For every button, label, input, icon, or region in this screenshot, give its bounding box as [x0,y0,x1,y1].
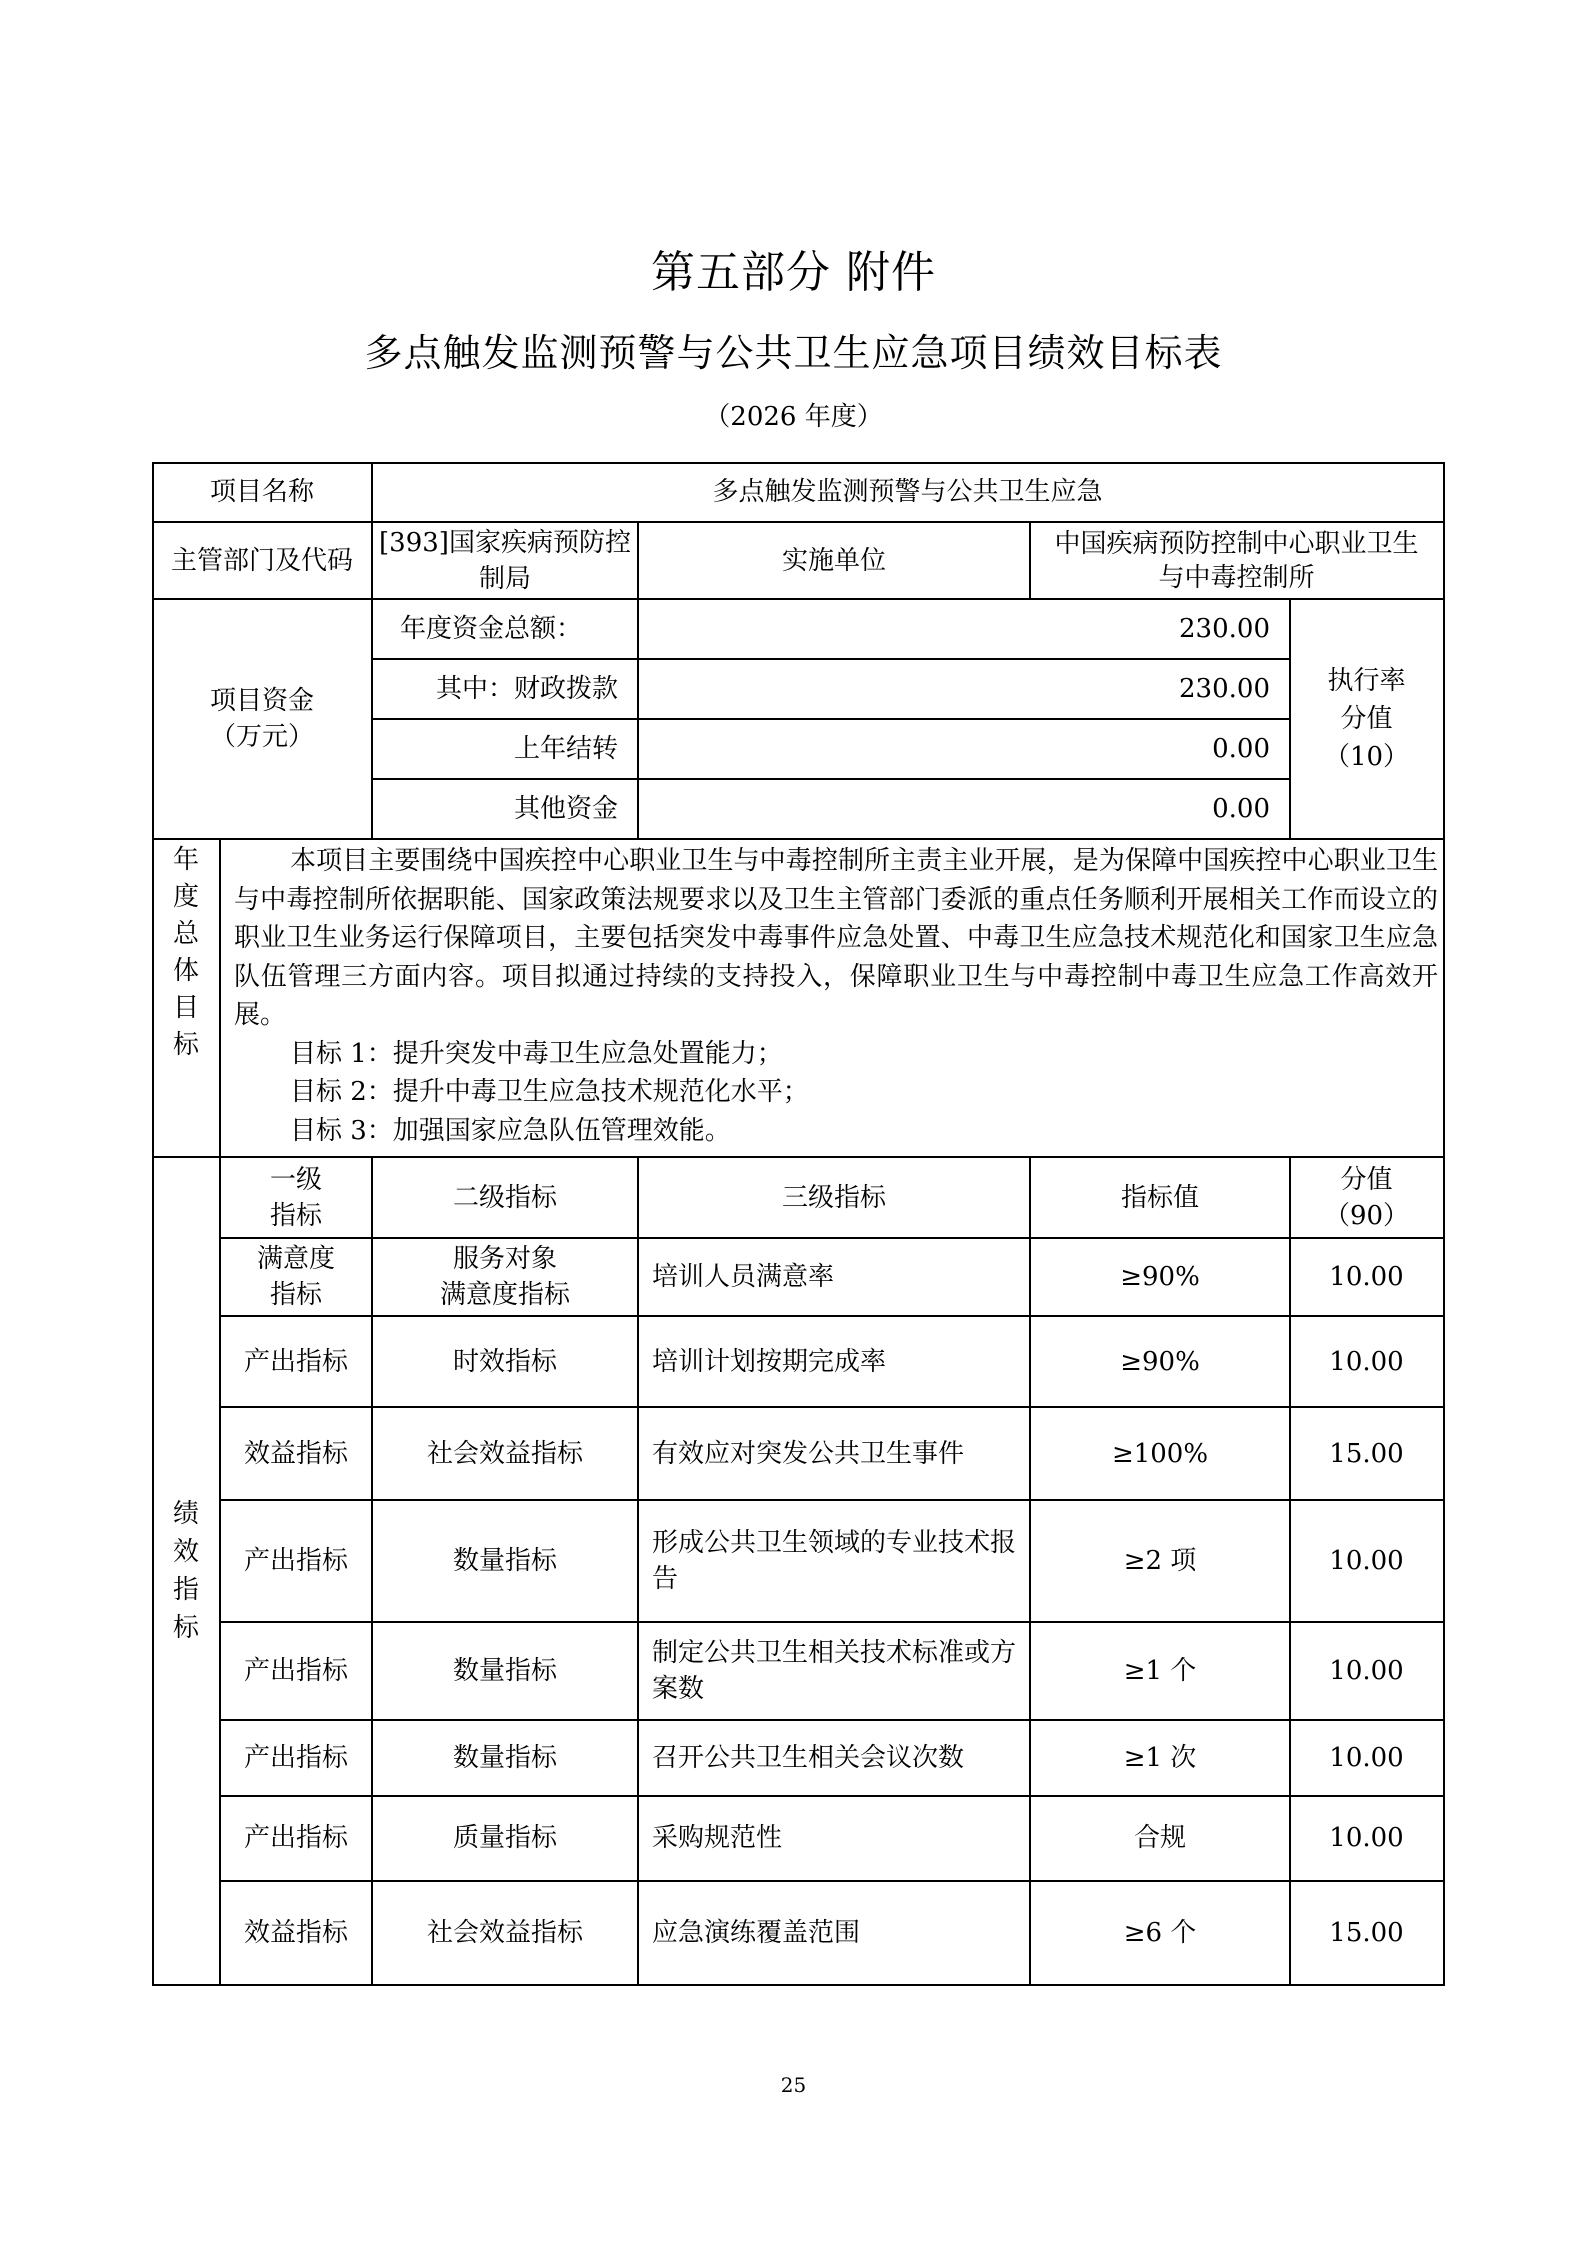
funds-fiscal-label: 其中：财政拨款 [372,659,638,719]
part-title: 第五部分 附件 [0,236,1587,300]
level1-cell: 效益指标 [220,1407,372,1500]
cell-text: 满意度 [257,1241,335,1277]
page-number: 25 [0,2073,1587,2097]
table-title: 多点触发监测预警与公共卫生应急项目绩效目标表 [0,322,1587,377]
level3-cell: 培训人员满意率 [638,1238,1030,1316]
header-level2: 二级指标 [372,1157,638,1238]
header-text: 分值 [1340,1162,1392,1198]
header-level1: 一级 指标 [220,1157,372,1238]
score-cell: 10.00 [1290,1720,1443,1796]
level3-cell: 召开公共卫生相关会议次数 [638,1720,1030,1796]
level1-cell: 产出指标 [220,1720,372,1796]
goal-1: 目标 1：提升突发中毒卫生应急处置能力； [234,1035,1438,1074]
score-cell: 15.00 [1290,1881,1443,1985]
funds-other-value: 0.00 [638,779,1290,839]
funds-carryover-value: 0.00 [638,719,1290,779]
label-char: 总 [173,916,199,953]
value-cell: ≥6 个 [1030,1881,1290,1985]
cell-text: 指标 [270,1277,322,1313]
funds-total-value: 230.00 [638,599,1290,659]
project-name-label: 项目名称 [152,462,372,522]
label-char: 效 [173,1533,199,1571]
value-cell: ≥90% [1030,1316,1290,1407]
header-level3: 三级指标 [638,1157,1030,1238]
header-value: 指标值 [1030,1157,1290,1238]
cell-text: 服务对象 [453,1241,557,1277]
score-cell: 10.00 [1290,1500,1443,1622]
header-text: 指标 [270,1198,322,1234]
level2-cell: 服务对象 满意度指标 [372,1238,638,1316]
label-char: 绩 [173,1495,199,1533]
funds-total-label: 年度资金总额： [372,599,638,659]
label-char: 度 [173,879,199,916]
header-text: （90） [1324,1198,1409,1234]
score-cell: 10.00 [1290,1796,1443,1880]
level1-cell: 产出指标 [220,1316,372,1407]
level1-cell: 效益指标 [220,1881,372,1985]
project-name-value: 多点触发监测预警与公共卫生应急 [372,462,1443,522]
level3-cell: 有效应对突发公共卫生事件 [638,1407,1030,1500]
score-line3: （10） [1324,738,1409,776]
score-cell: 10.00 [1290,1238,1443,1316]
value-cell: ≥90% [1030,1238,1290,1316]
value-cell: 合规 [1030,1796,1290,1880]
label-char: 标 [173,1027,199,1064]
score-cell: 15.00 [1290,1407,1443,1500]
cell-text: 满意度指标 [440,1277,570,1313]
value-cell: ≥1 个 [1030,1622,1290,1720]
funds-label-line2: （万元） [210,719,314,755]
level2-cell: 数量指标 [372,1622,638,1720]
level1-cell: 满意度 指标 [220,1238,372,1316]
score-line2: 分值 [1340,700,1392,738]
impl-label: 实施单位 [638,522,1030,599]
year-label: （2026 年度） [0,396,1587,433]
value-cell: ≥1 次 [1030,1720,1290,1796]
funds-label-line1: 项目资金 [210,683,314,719]
value-cell: ≥100% [1030,1407,1290,1500]
goal-2: 目标 2：提升中毒卫生应急技术规范化水平； [234,1073,1438,1112]
score-line1: 执行率 [1327,662,1405,700]
table-border-right [1443,462,1445,1986]
label-char: 目 [173,990,199,1027]
level3-cell: 制定公共卫生相关技术标准或方案数 [638,1622,1030,1720]
level1-cell: 产出指标 [220,1500,372,1622]
goal-3: 目标 3：加强国家应急队伍管理效能。 [234,1112,1438,1151]
level2-cell: 质量指标 [372,1796,638,1880]
level3-cell: 培训计划按期完成率 [638,1316,1030,1407]
annual-goal-text: 本项目主要围绕中国疾控中心职业卫生与中毒控制所主责主业开展，是为保障中国疾控中心… [234,842,1438,1150]
header-text: 一级 [270,1162,322,1198]
score-cell: 10.00 [1290,1622,1443,1720]
indicators-label: 绩 效 指 标 [152,1157,220,1985]
level3-cell: 采购规范性 [638,1796,1030,1880]
header-score: 分值 （90） [1290,1157,1443,1238]
annual-goal-paragraph: 本项目主要围绕中国疾控中心职业卫生与中毒控制所主责主业开展，是为保障中国疾控中心… [234,842,1438,1035]
level3-cell: 形成公共卫生领域的专业技术报告 [638,1500,1030,1622]
level3-cell: 应急演练覆盖范围 [638,1881,1030,1985]
level2-cell: 社会效益指标 [372,1881,638,1985]
score-cell: 10.00 [1290,1316,1443,1407]
grid-line [152,838,1445,840]
label-char: 标 [173,1609,199,1647]
annual-goal-label: 年 度 总 体 目 标 [152,842,220,1072]
dept-value: [393]国家疾病预防控制局 [372,522,638,599]
level2-cell: 数量指标 [372,1500,638,1622]
label-char: 体 [173,953,199,990]
dept-label: 主管部门及代码 [152,522,372,599]
level2-cell: 社会效益指标 [372,1407,638,1500]
level1-cell: 产出指标 [220,1796,372,1880]
funds-carryover-label: 上年结转 [372,719,638,779]
level2-cell: 数量指标 [372,1720,638,1796]
funds-other-label: 其他资金 [372,779,638,839]
level2-cell: 时效指标 [372,1316,638,1407]
label-char: 指 [173,1571,199,1609]
level1-cell: 产出指标 [220,1622,372,1720]
impl-value: 中国疾病预防控制中心职业卫生与中毒控制所 [1030,522,1443,599]
value-cell: ≥2 项 [1030,1500,1290,1622]
execution-rate-score: 执行率 分值 （10） [1290,599,1443,839]
funds-fiscal-value: 230.00 [638,659,1290,719]
label-char: 年 [173,842,199,879]
funds-label: 项目资金 （万元） [152,599,372,839]
